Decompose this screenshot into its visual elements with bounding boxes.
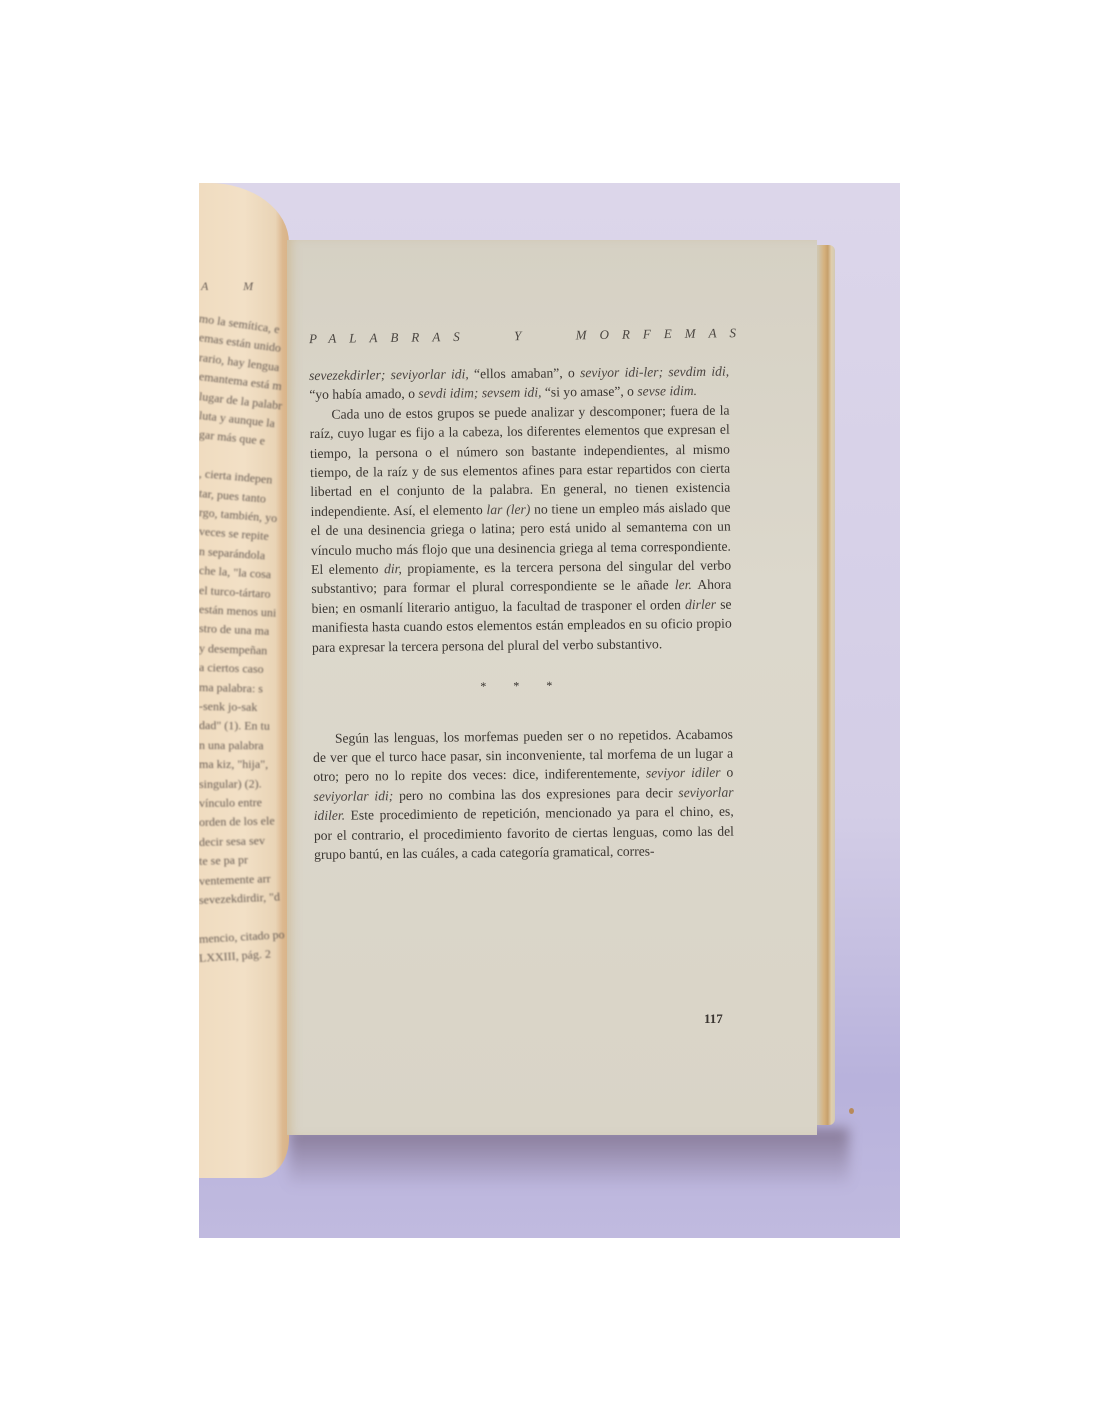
left-page-line: che la, "la cosa [199, 563, 272, 582]
page-number: 117 [704, 1011, 723, 1027]
italic-term: sevse idim. [637, 383, 697, 399]
left-page-line: te se pa pr [199, 853, 248, 870]
running-head-word: Y [514, 328, 534, 344]
left-page-line: n separándola [199, 544, 266, 563]
left-page-line: orden de los ele [199, 814, 275, 830]
italic-term: seviyorlar idi; [313, 788, 393, 804]
left-page: A M A T I mo la semítica, eemas están un… [199, 183, 289, 1178]
text-run: pero no combina las dos expresiones para… [393, 785, 678, 803]
text-run: “ellos amaban”, o [469, 365, 580, 381]
italic-term: sevdi idim; sevsem idi, [418, 385, 541, 401]
left-page-line: mencio, citado po [199, 927, 285, 947]
left-page-line: ma palabra: s [199, 680, 263, 697]
left-page-line: a ciertos caso [199, 660, 264, 677]
left-page-line: vínculo entre [199, 795, 262, 811]
section-break: * * * [312, 675, 732, 699]
italic-term: sevezekdirler; seviyorlar idi, [309, 366, 469, 383]
italic-term: seviyor idiler [646, 765, 721, 781]
left-page-line: el turco-tártaro [199, 583, 271, 602]
left-running-head: A M A T I [201, 279, 289, 294]
running-head-word: MORFEMAS [576, 325, 750, 343]
book-photo: A M A T I mo la semítica, eemas están un… [199, 183, 900, 1238]
text-run: o [720, 765, 733, 780]
text-run: Este procedimiento de repetición, mencio… [314, 804, 734, 862]
left-page-line: sevezekdirdir, "d [199, 889, 280, 908]
paragraph: Según las lenguas, los morfemas pueden s… [313, 724, 734, 864]
left-page-line: tar, pues tanto [199, 486, 267, 507]
left-page-line: decir sesa sev [199, 833, 265, 850]
left-page-line: LXXIII, pág. 2 [199, 947, 271, 966]
left-page-line: gar más que e [199, 427, 266, 449]
text-run: “yo había amado, o [309, 386, 418, 402]
left-page-line: ma kiz, "hija", [199, 757, 268, 772]
italic-term: lar (ler) [486, 502, 530, 517]
text-run: “si yo amase”, o [541, 384, 637, 400]
italic-term: dir, [384, 561, 402, 576]
left-page-line: dad" (1). En tu [199, 718, 270, 734]
body-text: sevezekdirler; seviyorlar idi, “ellos am… [309, 362, 734, 865]
left-page-line: ventemente arr [199, 871, 271, 889]
left-page-line: están menos uni [199, 602, 277, 621]
left-page-line: rgo, también, yo [199, 505, 278, 526]
left-page-line: -senk jo-sak [199, 699, 257, 715]
left-page-line: stro de una ma [199, 621, 270, 639]
italic-term: ler. [675, 577, 692, 592]
page-shadow [289, 1128, 849, 1188]
left-page-line: singular) (2). [199, 776, 262, 791]
paragraph: sevezekdirler; seviyorlar idi, “ellos am… [309, 362, 729, 405]
paper-speck [849, 1108, 854, 1114]
left-page-line: , cierta indepen [199, 466, 273, 488]
left-page-line: y desempeñan [199, 641, 268, 658]
italic-term: seviyor idi-ler; sevdim idi, [580, 364, 729, 381]
italic-term: dirler [685, 597, 716, 612]
running-head-word: PALABRAS [309, 329, 473, 347]
paragraph: Cada uno de estos grupos se puede analiz… [309, 400, 732, 657]
left-page-line: veces se repite [199, 524, 269, 544]
left-page-line: n una palabra [199, 738, 264, 753]
